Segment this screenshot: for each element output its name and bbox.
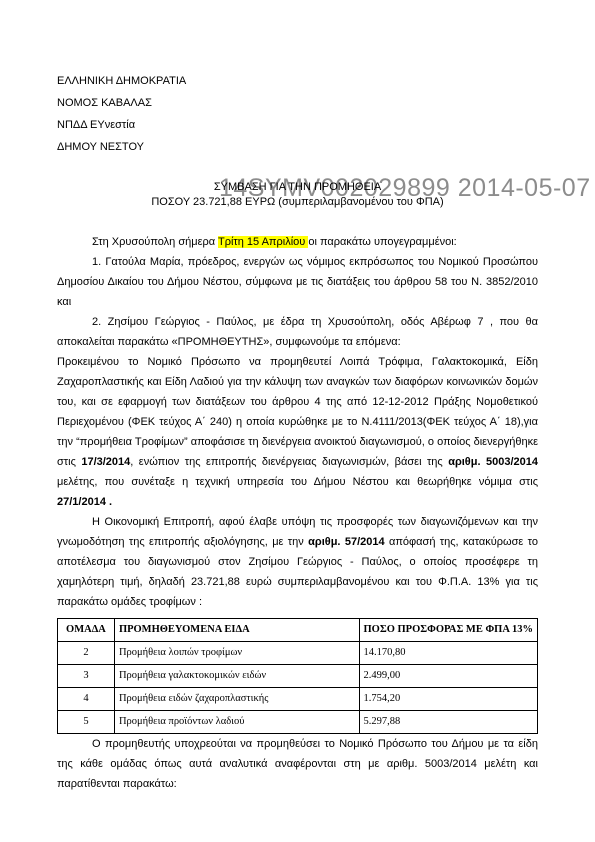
text-run: μελέτης, που συνέταξε η τεχνική υπηρεσία… [57,476,538,488]
table-cell: 1.754,20 [359,688,537,711]
bold-reference: αριθμ. 57/2014 [308,536,384,548]
table-cell: 2.499,00 [359,665,537,688]
offer-table-header-row: ΟΜΑΔΑ ΠΡΟΜΗΘΕΥΟΜΕΝΑ ΕΙΔΑ ΠΟΣΟ ΠΡΟΣΦΟΡΑΣ … [58,619,538,642]
paragraph-party-1: 1. Γατούλα Μαρία, πρόεδρος, ενεργών ως ν… [57,252,538,312]
column-header-group: ΟΜΑΔΑ [58,619,115,642]
highlighted-text: Τρίτη 15 Απριλίου [218,236,308,248]
table-cell: 2 [58,642,115,665]
document-body: Στη Χρυσούπολη σήμερα Τρίτη 15 Απριλίου … [57,232,538,794]
paragraph-procurement: Προκειμένου το Νομικό Πρόσωπο να προμηθε… [57,352,538,512]
document-page: ΕΛΛΗΝΙΚΗ ΔΗΜΟΚΡΑΤΙΑ ΝΟΜΟΣ ΚΑΒΑΛΑΣ ΝΠΔΔ Ε… [0,0,595,842]
letterhead-line-entity: ΝΠΔΔ ΕΥνεστία [57,114,538,136]
title-block: 14SYMV002029899 2014-05-07 ΣΥΜΒΑΣΗ ΓΙΑ Τ… [57,180,538,210]
paragraph-closing: Ο προμηθευτής υποχρεούται να προμηθεύσει… [57,734,538,794]
bold-reference: 17/3/2014 [81,456,130,468]
document-subtitle: ΠΟΣΟΥ 23.721,88 ΕΥΡΩ (συμπεριλαμβανομένο… [57,195,538,210]
table-cell: 5 [58,711,115,734]
table-row: 4Προμήθεια ειδών ζαχαροπλαστικής1.754,20 [58,688,538,711]
bold-reference: 27/1/2014 . [57,496,112,508]
table-row: 2Προμήθεια λοιπών τροφίμων14.170,80 [58,642,538,665]
document-title: ΣΥΜΒΑΣΗ ΓΙΑ ΤΗΝ ΠΡΟΜΗΘΕΙΑ [57,180,538,195]
offer-table-body: 2Προμήθεια λοιπών τροφίμων14.170,803Προμ… [58,642,538,734]
table-row: 5Προμήθεια προϊόντων λαδιού5.297,88 [58,711,538,734]
letterhead-line-republic: ΕΛΛΗΝΙΚΗ ΔΗΜΟΚΡΑΤΙΑ [57,70,538,92]
text-run: , ενώπιον της επιτροπής διενέργειας διαγ… [130,456,448,468]
letterhead-line-prefecture: ΝΟΜΟΣ ΚΑΒΑΛΑΣ [57,92,538,114]
letterhead-line-municipality: ΔΗΜΟΥ ΝΕΣΤΟΥ [57,136,538,158]
table-cell: 4 [58,688,115,711]
text-run: οι παρακάτω υπογεγραμμένοι: [308,236,456,248]
offer-table: ΟΜΑΔΑ ΠΡΟΜΗΘΕΥΟΜΕΝΑ ΕΙΔΑ ΠΟΣΟ ΠΡΟΣΦΟΡΑΣ … [57,618,538,734]
table-cell: 14.170,80 [359,642,537,665]
paragraph-intro: Στη Χρυσούπολη σήμερα Τρίτη 15 Απριλίου … [57,232,538,252]
offer-table-head: ΟΜΑΔΑ ΠΡΟΜΗΘΕΥΟΜΕΝΑ ΕΙΔΑ ΠΟΣΟ ΠΡΟΣΦΟΡΑΣ … [58,619,538,642]
table-cell: 5.297,88 [359,711,537,734]
text-run: 1. Γατούλα Μαρία, πρόεδρος, ενεργών ως ν… [57,256,538,308]
table-cell: Προμήθεια προϊόντων λαδιού [114,711,359,734]
table-cell: Προμήθεια ειδών ζαχαροπλαστικής [114,688,359,711]
text-run: Στη Χρυσούπολη σήμερα [92,236,218,248]
bold-reference: αριθμ. 5003/2014 [448,456,538,468]
table-cell: Προμήθεια γαλακτοκομικών ειδών [114,665,359,688]
table-cell: Προμήθεια λοιπών τροφίμων [114,642,359,665]
text-run: Προκειμένου το Νομικό Πρόσωπο να προμηθε… [57,356,538,468]
text-run: Ο προμηθευτής υποχρεούται να προμηθεύσει… [57,738,538,790]
table-cell: 3 [58,665,115,688]
column-header-items: ΠΡΟΜΗΘΕΥΟΜΕΝΑ ΕΙΔΑ [114,619,359,642]
letterhead: ΕΛΛΗΝΙΚΗ ΔΗΜΟΚΡΑΤΙΑ ΝΟΜΟΣ ΚΑΒΑΛΑΣ ΝΠΔΔ Ε… [57,70,538,158]
text-run: 2. Ζησίμου Γεώργιος - Παύλος, με έδρα τη… [57,316,538,348]
column-header-amount: ΠΟΣΟ ΠΡΟΣΦΟΡΑΣ ΜΕ ΦΠΑ 13% [359,619,537,642]
table-row: 3Προμήθεια γαλακτοκομικών ειδών2.499,00 [58,665,538,688]
paragraph-committee: Η Οικονομική Επιτροπή, αφού έλαβε υπόψη … [57,512,538,612]
paragraph-party-2: 2. Ζησίμου Γεώργιος - Παύλος, με έδρα τη… [57,312,538,352]
